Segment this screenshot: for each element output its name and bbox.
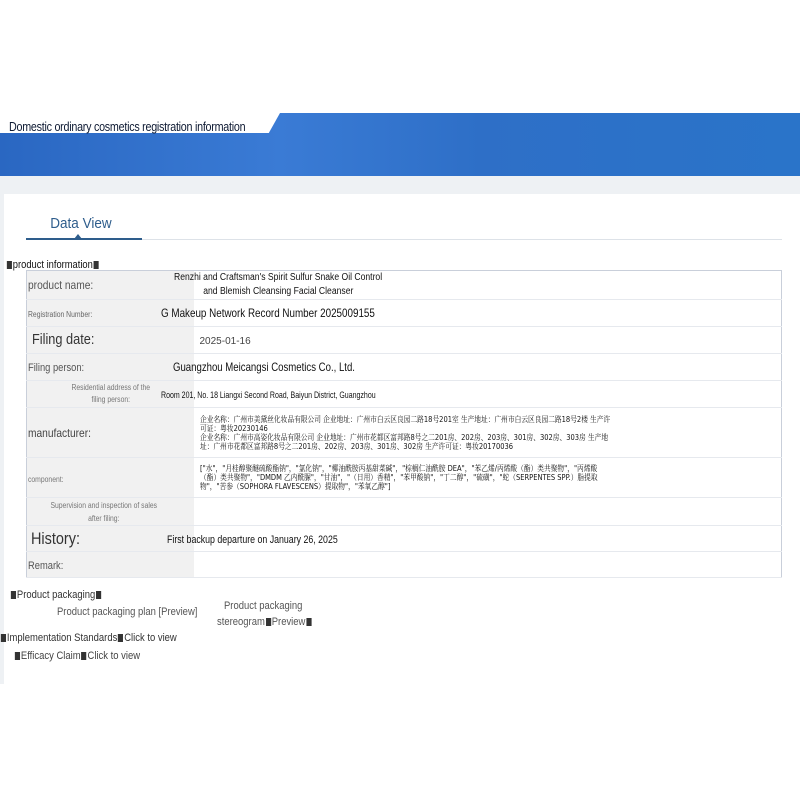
label-product-name: product name:	[27, 271, 194, 300]
bracket-open-icon	[11, 591, 16, 599]
table-row: History: First backup departure on Janua…	[27, 526, 782, 552]
value-registration-number: G Makeup Network Record Number 202500915…	[194, 300, 782, 327]
header-banner: Domestic ordinary cosmetics registration…	[0, 113, 800, 176]
bracket-close-icon	[94, 261, 99, 269]
tab-active-underline	[26, 238, 142, 240]
implementation-standards-row: Implementation StandardsClick to view	[0, 632, 177, 644]
table-row: product name: Renzhi and Craftsman's Spi…	[27, 271, 782, 300]
label-component: component:	[27, 458, 194, 498]
label-manufacturer: manufacturer:	[27, 408, 194, 458]
table-row: Residential address of the filing person…	[27, 381, 782, 408]
tab-divider	[142, 239, 782, 240]
bracket-close-icon	[306, 618, 311, 626]
label-filing-person: Filing person:	[27, 354, 194, 381]
bracket-open-icon	[7, 261, 12, 269]
value-residential-address: Room 201, No. 18 Liangxi Second Road, Ba…	[194, 381, 782, 408]
value-remark	[194, 552, 782, 578]
tab-data-view-label: Data View	[26, 214, 112, 238]
page-title: Domestic ordinary cosmetics registration…	[9, 120, 245, 134]
packaging-stereogram-label: Product packaging	[224, 600, 302, 612]
value-filing-person: Guangzhou Meicangsi Cosmetics Co., Ltd.	[194, 354, 782, 381]
implementation-standards-link[interactable]: Click to view	[124, 632, 177, 644]
tab-caret-icon	[74, 234, 82, 239]
bracket-close-icon	[81, 652, 86, 660]
value-filing-date: 2025-01-16	[194, 327, 782, 354]
packaging-plan-preview-link[interactable]: Product packaging plan [Preview]	[57, 606, 197, 618]
bracket-open-icon	[1, 634, 6, 642]
value-manufacturer: 企业名称：广州市美黛丝化妆品有限公司 企业地址：广州市白云区良园二路18号201…	[194, 408, 782, 458]
label-filing-date: Filing date:	[27, 327, 194, 354]
section-product-packaging: Product packaging	[10, 589, 102, 601]
bracket-close-icon	[118, 634, 123, 642]
product-info-table: product name: Renzhi and Craftsman's Spi…	[26, 270, 782, 578]
value-product-name: Renzhi and Craftsman's Spirit Sulfur Sna…	[194, 271, 782, 300]
table-row: Filing person: Guangzhou Meicangsi Cosme…	[27, 354, 782, 381]
table-row: Filing date: 2025-01-16	[27, 327, 782, 354]
efficacy-claim-row: Efficacy ClaimClick to view	[14, 650, 140, 662]
packaging-stereogram-preview-link[interactable]: stereogramPreview	[217, 616, 312, 628]
efficacy-claim-link[interactable]: Click to view	[88, 650, 141, 662]
table-row: Supervision and inspection of sales afte…	[27, 498, 782, 526]
label-remark: Remark:	[27, 552, 194, 578]
bracket-open-icon	[266, 618, 271, 626]
bracket-close-icon	[96, 591, 101, 599]
bracket-open-icon	[15, 652, 20, 660]
table-row: component: ["水"，"月桂醇聚醚硫酸酯钠"，"氯化钠"，"椰油酰胺丙…	[27, 458, 782, 498]
table-row: Registration Number: G Makeup Network Re…	[27, 300, 782, 327]
label-supervision: Supervision and inspection of sales afte…	[27, 498, 194, 526]
table-row: Remark:	[27, 552, 782, 578]
value-supervision	[194, 498, 782, 526]
sub-bar	[0, 176, 800, 194]
value-component: ["水"，"月桂醇聚醚硫酸酯钠"，"氯化钠"，"椰油酰胺丙基甜菜碱"，"棕榈仁油…	[194, 458, 782, 498]
table-row: manufacturer: 企业名称：广州市美黛丝化妆品有限公司 企业地址：广州…	[27, 408, 782, 458]
value-history: First backup departure on January 26, 20…	[194, 526, 782, 552]
